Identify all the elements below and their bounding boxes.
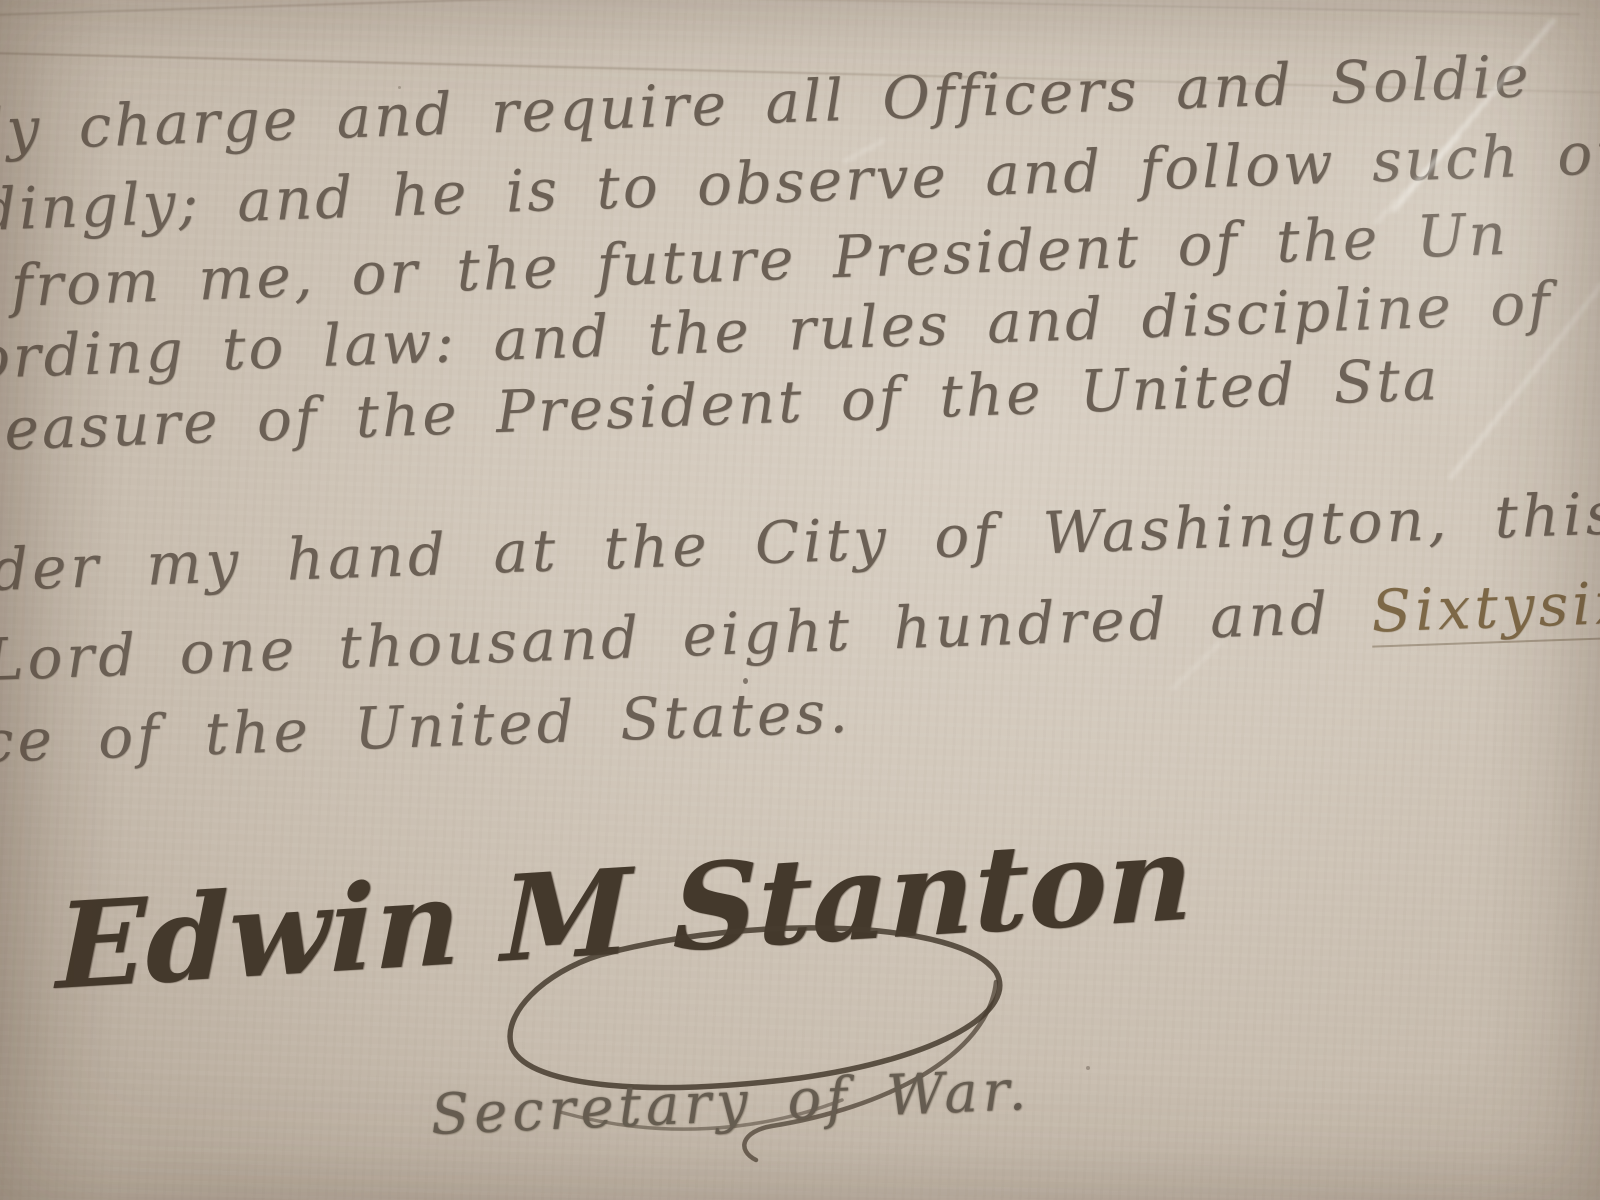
fold-crease <box>680 0 1580 15</box>
ink-speck <box>1086 1066 1090 1070</box>
document-photo: ly charge and require all Officers and S… <box>0 0 1600 1200</box>
ink-speck <box>398 86 401 89</box>
ink-speck <box>743 678 748 684</box>
script-text: ce of the United States. <box>0 678 853 776</box>
handwritten-year-word: Sixtysix <box>1370 564 1600 648</box>
secretary-of-war-title: Secretary of War. <box>430 1063 1032 1144</box>
signature-edwin-m-stanton: Edwin M Stanton <box>56 818 1193 1006</box>
script-line-8: ce of the United States. <box>0 682 852 773</box>
fold-crease <box>0 0 552 16</box>
